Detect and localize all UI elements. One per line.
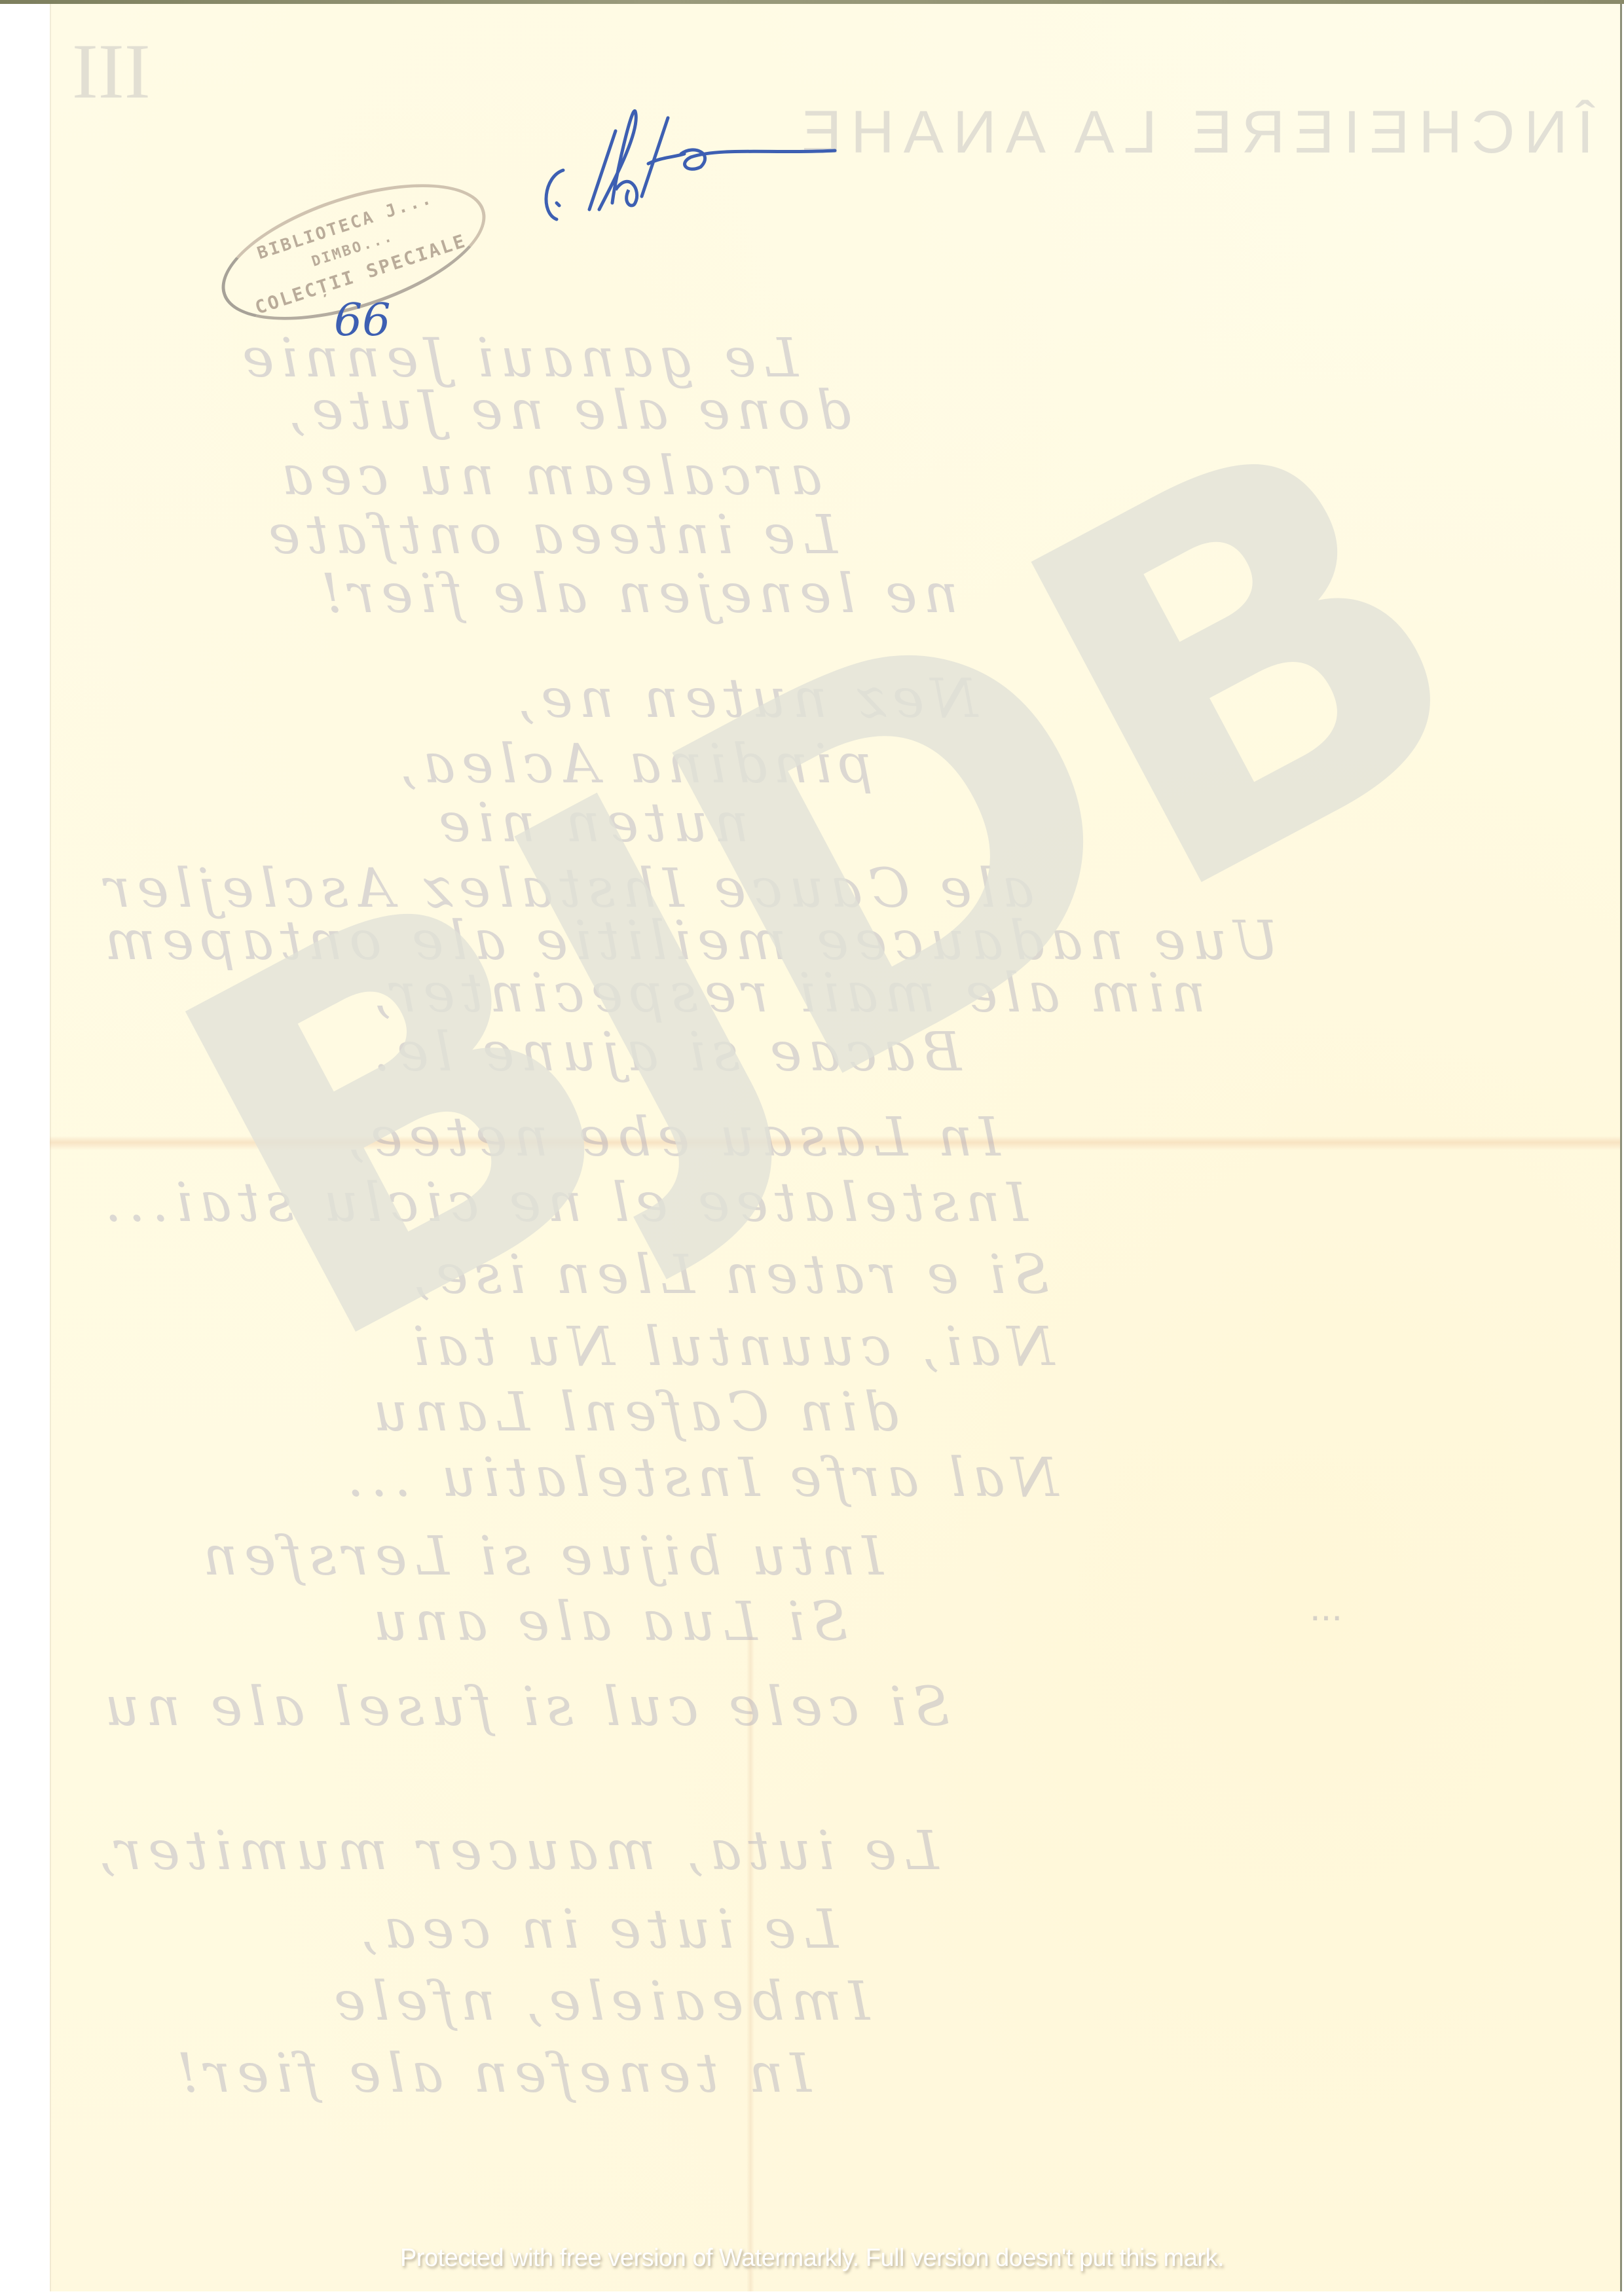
bleed-line: done ale ne Jute, bbox=[282, 380, 851, 442]
bleed-line: Le iute in cea, bbox=[354, 1899, 838, 1961]
signature: E. Botta bbox=[537, 92, 838, 223]
bleed-line: Imbeaiele, nfele bbox=[327, 1971, 870, 2033]
bleed-line: Nal arfe Instelatiu ... bbox=[341, 1447, 1058, 1509]
watermark-notice: Protected with free version of Watermark… bbox=[0, 2244, 1624, 2272]
bleed-line: Le inteea ontfate bbox=[262, 504, 838, 566]
ellipsis-mark: ... bbox=[1310, 1584, 1342, 1630]
bleed-line: In tenefen ale fier! bbox=[170, 2043, 811, 2105]
bleed-line: Si cele cul si fusel ale nu bbox=[98, 1676, 950, 1738]
bleed-line: Intu bijue si Lersfen bbox=[196, 1525, 883, 1588]
page-number: 66 bbox=[334, 295, 391, 346]
bleed-line: arcaleam nu cea bbox=[275, 445, 822, 507]
bleed-line: Si Lua ale anu bbox=[367, 1591, 848, 1653]
bleed-line: Le iuta, maucer mumiter, bbox=[92, 1820, 939, 1882]
